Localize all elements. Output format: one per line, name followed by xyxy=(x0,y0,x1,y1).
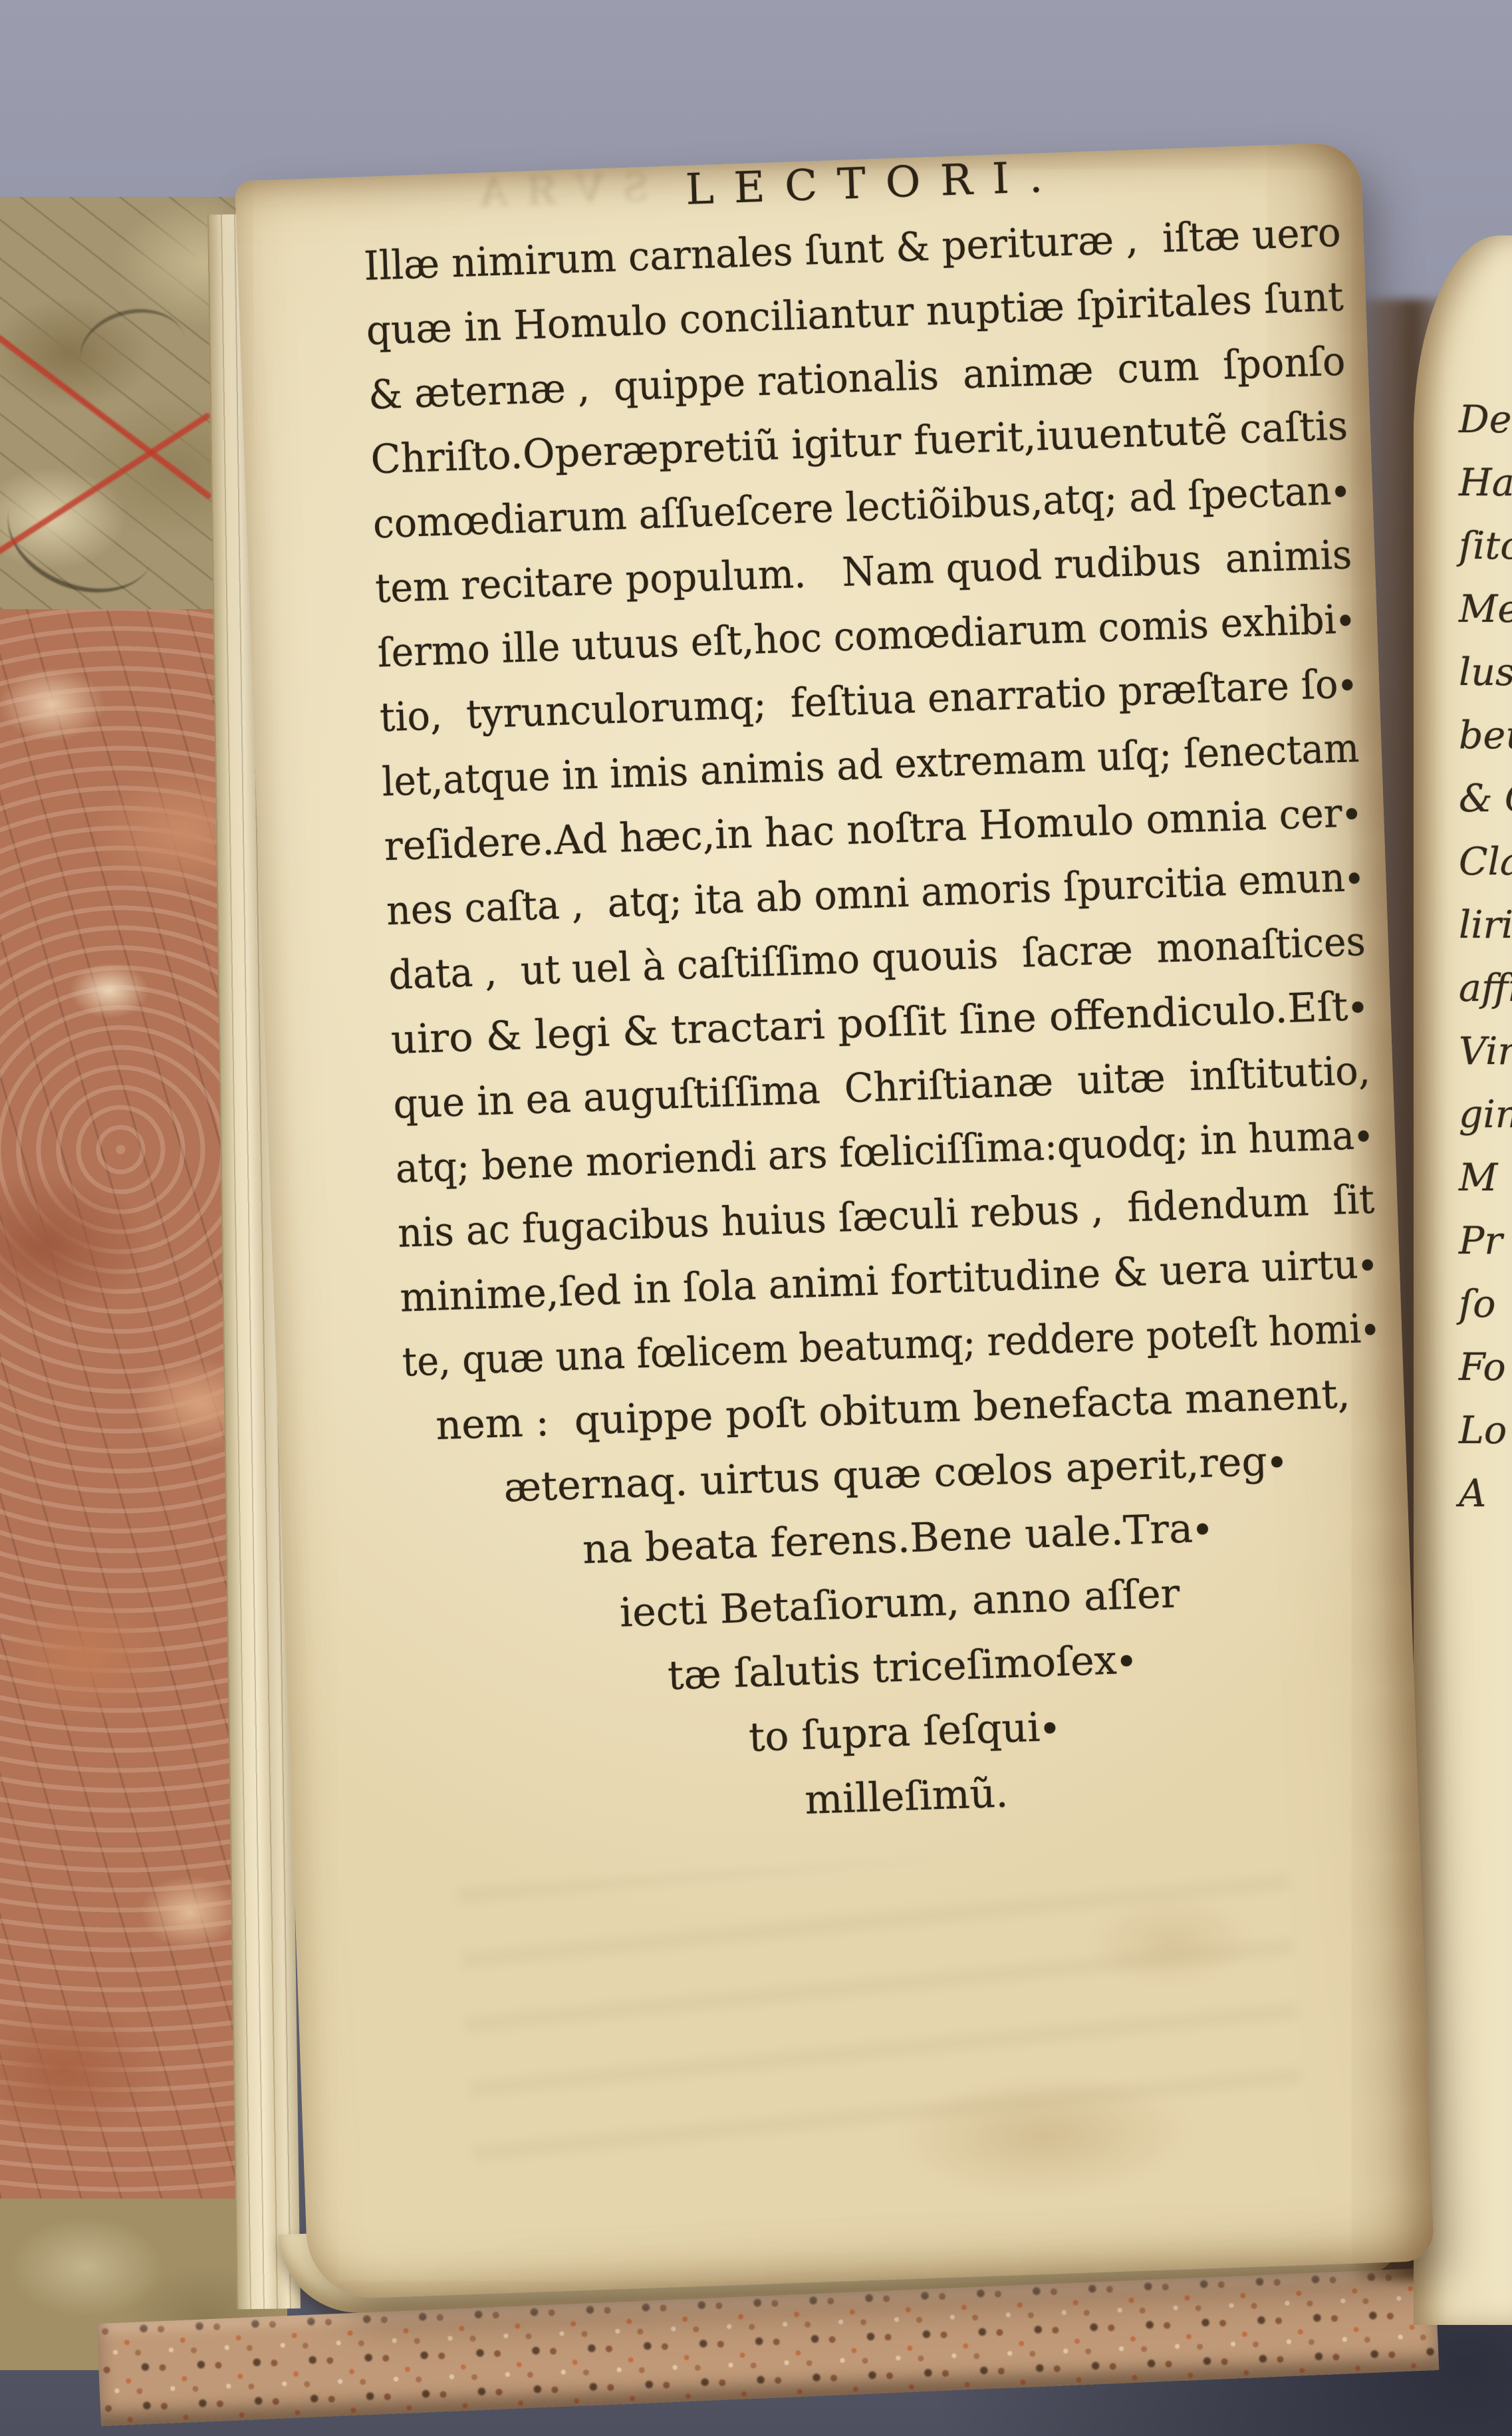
ink-scribble xyxy=(72,298,194,401)
facing-page-fragment: gin xyxy=(1459,1093,1512,1156)
colophon-taper: nem : quippe poſt obitum benefacta manen… xyxy=(404,1369,1396,1855)
facing-page-fragment: Deu xyxy=(1459,398,1512,461)
show-through-texture xyxy=(457,1838,1304,2173)
facing-page-fragment: liri xyxy=(1459,903,1512,966)
facing-page-fragment: Me xyxy=(1459,587,1512,650)
facing-page-fragment: M xyxy=(1459,1156,1512,1219)
facing-page-fragment: Cla xyxy=(1459,840,1512,903)
facing-page-fragment: affi xyxy=(1459,966,1512,1029)
facing-page-fragment: Pr xyxy=(1459,1219,1512,1282)
facing-page-fragment: lus, xyxy=(1459,650,1512,714)
facing-page-fragment: & C xyxy=(1459,777,1512,840)
body-paragraph: Illæ nimirum carnales ſunt & perituræ , … xyxy=(363,209,1380,1404)
facing-page-fragment: ſitor xyxy=(1459,524,1512,587)
lectori-page: SVЯA LECTORI. Illæ nimirum carnales ſunt… xyxy=(235,142,1434,2300)
facing-page-fragment: beus xyxy=(1459,714,1512,777)
facing-page-fragment: Lo xyxy=(1459,1409,1512,1472)
facing-page-fragment: Vir xyxy=(1459,1029,1512,1093)
facing-page-fragment: A xyxy=(1459,1472,1512,1535)
facing-page-fragment: Han xyxy=(1459,461,1512,524)
facing-page-text-column: DeuHanſitorMelus,beus& CClaliriaffiVirgi… xyxy=(1414,235,1512,1535)
facing-page-fragment: Fo xyxy=(1459,1345,1512,1409)
page-text-block: SVЯA LECTORI. Illæ nimirum carnales ſunt… xyxy=(361,143,1396,1855)
facing-page-fragment: ſo xyxy=(1459,1282,1512,1345)
facing-page-sliver: DeuHanſitorMelus,beus& CClaliriaffiVirgi… xyxy=(1414,235,1512,2325)
book-photograph: DeuHanſitorMelus,beus& CClaliriaffiVirgi… xyxy=(0,0,1512,2436)
